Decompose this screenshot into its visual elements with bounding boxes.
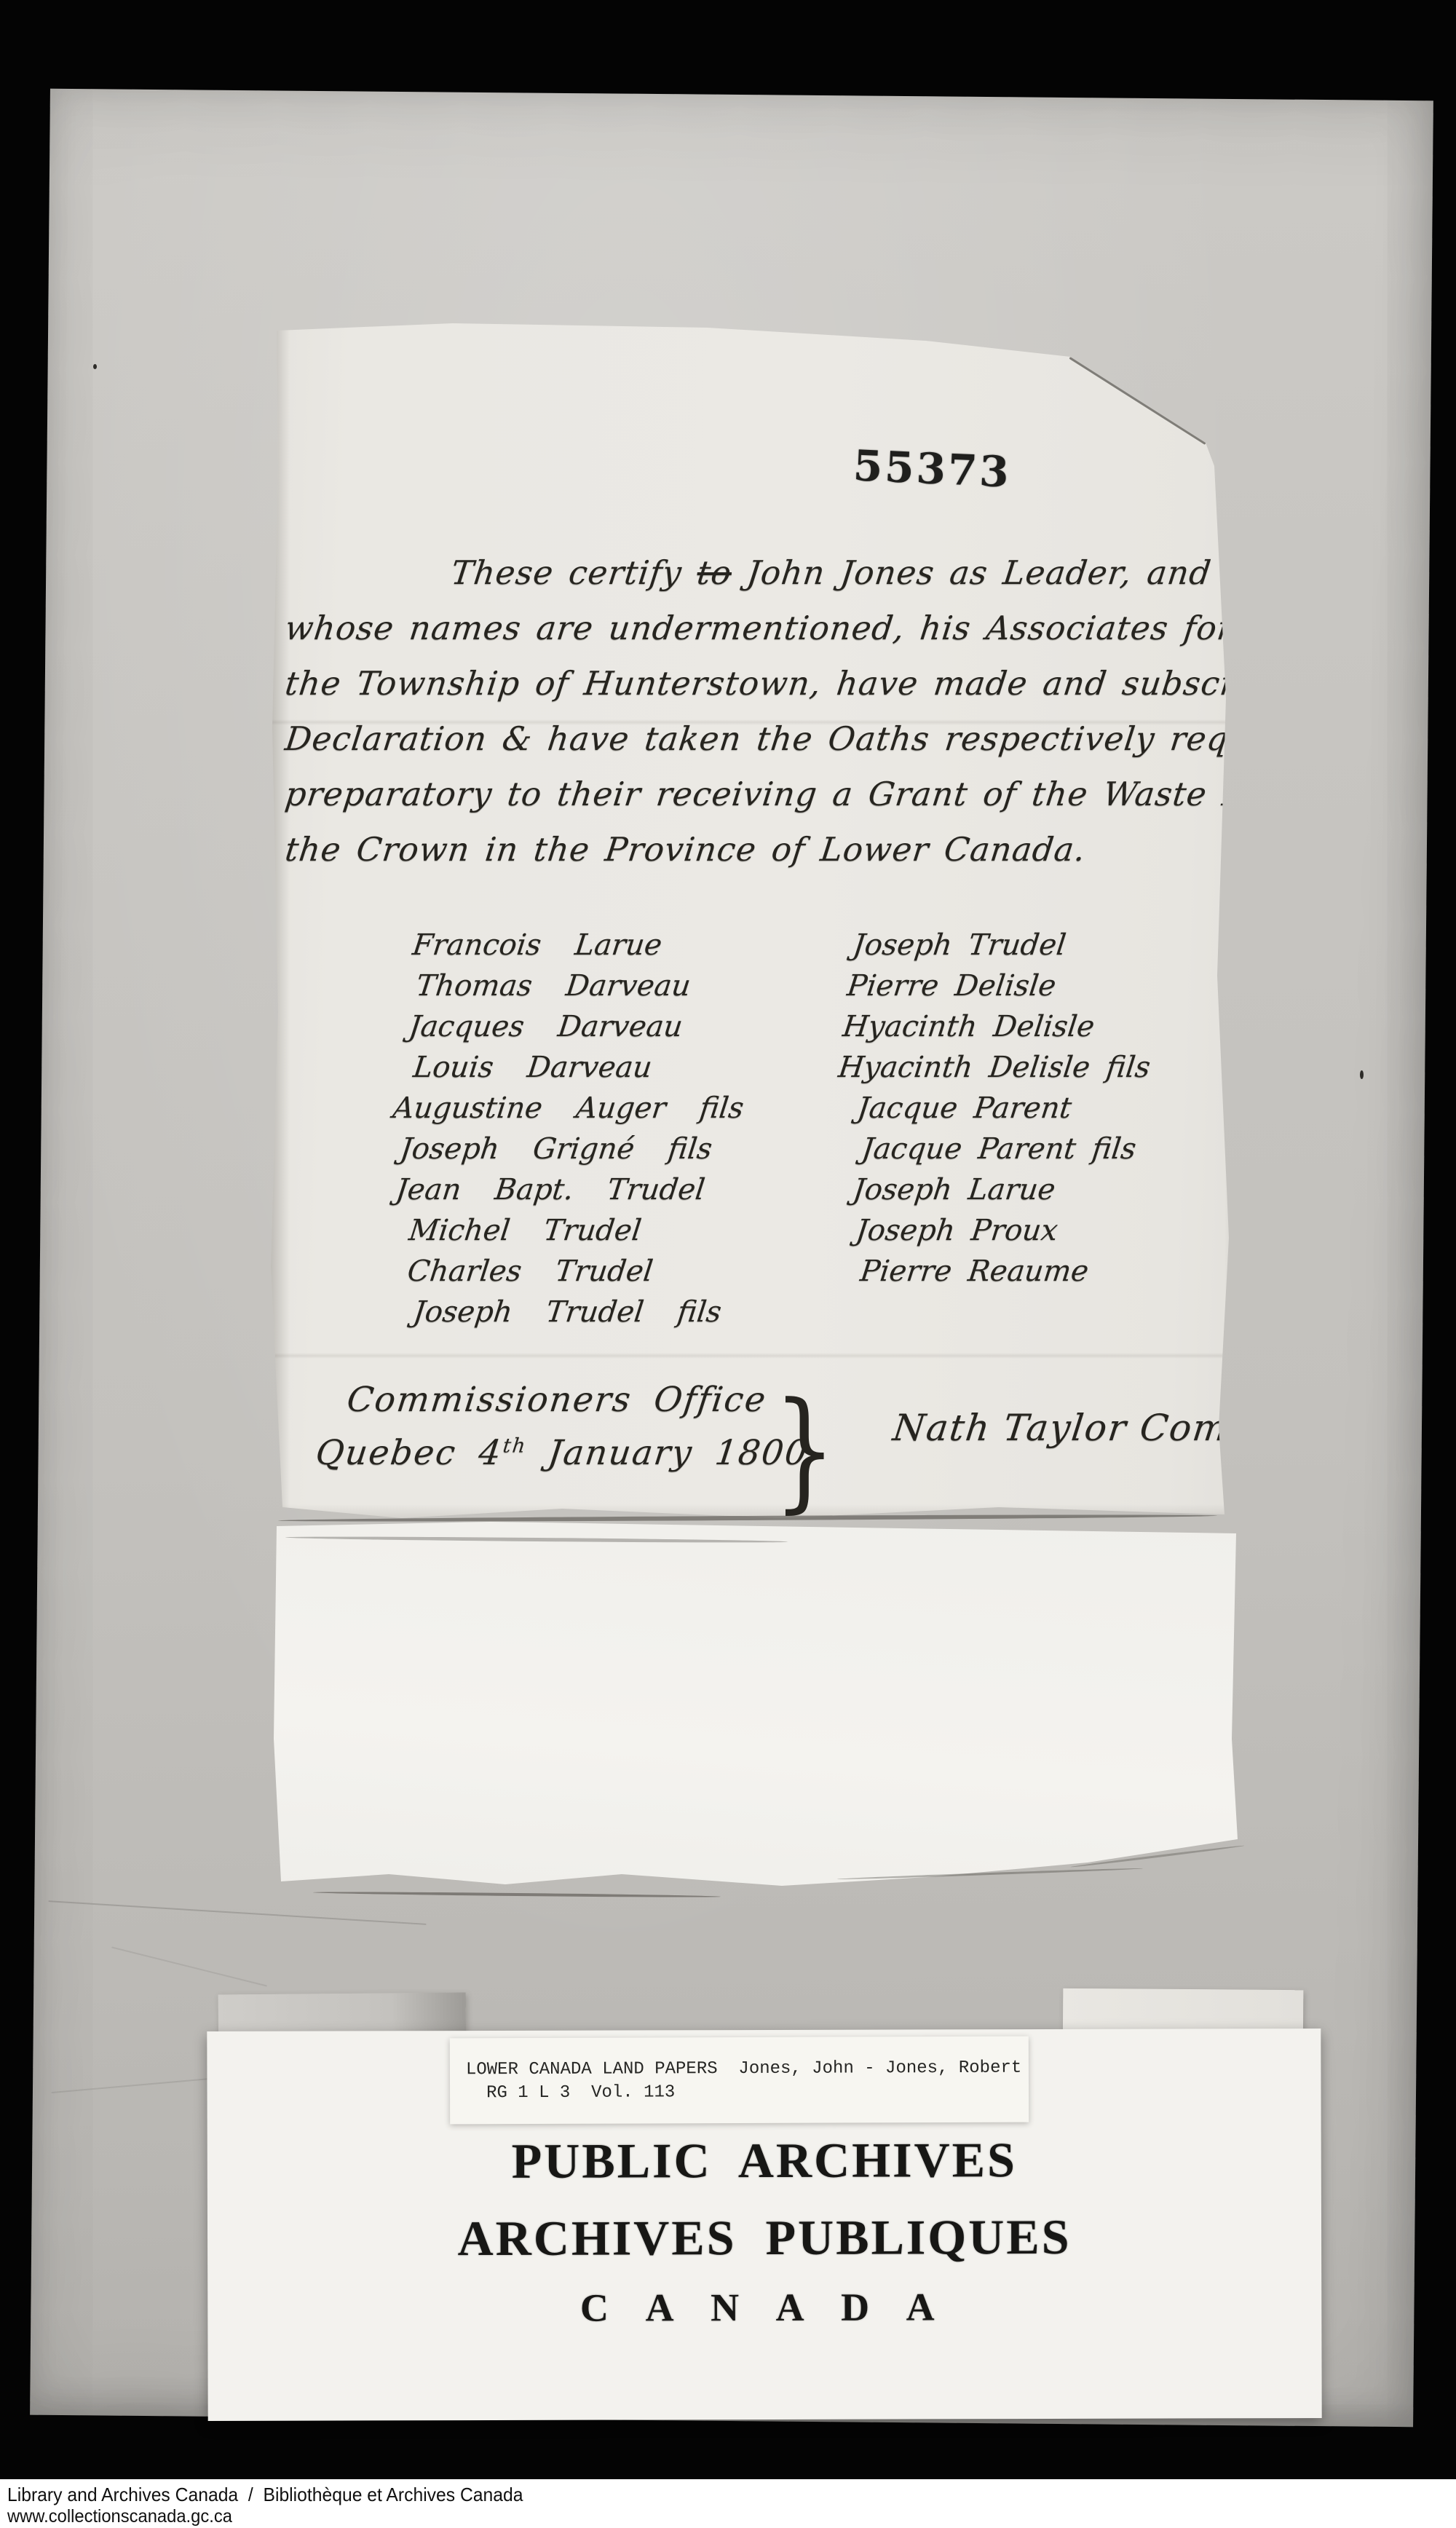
body-line: whose names are undermentioned, his Asso… (283, 609, 1383, 647)
name-entry: Hyacinth Delisle (841, 1006, 1097, 1047)
name-entry: Jacque Parent (855, 1088, 1075, 1129)
dust-speck (93, 364, 97, 369)
name-entry: Thomas Darveau (414, 965, 693, 1006)
certificate-page: 55373 These certify to John Jones as Lea… (271, 320, 1246, 1523)
folio-stamp-number: 55373 (852, 441, 1013, 497)
footer-strip: Library and Archives Canada / Bibliothèq… (0, 2479, 1456, 2528)
name-entry: Joseph Larue (851, 1169, 1058, 1210)
catalog-label: LOWER CANADA LAND PAPERS Jones, John - J… (450, 2037, 1029, 2125)
blank-sheet (272, 1520, 1241, 1899)
name-entry: Jacques Darveau (407, 1006, 685, 1047)
date-text: Quebec 4 (314, 1433, 505, 1473)
body-line: the Crown in the Province of Lower Canad… (283, 830, 1088, 869)
date-line: Quebec 4th January 1800 (314, 1433, 811, 1473)
stamp-line-french: ARCHIVES PUBLIQUES (207, 2208, 1321, 2268)
office-line: Commissioners Office (345, 1380, 769, 1420)
stamp-line-canada: C A N A D A (207, 2283, 1321, 2331)
name-entry: Hyacinth Delisle fils (836, 1047, 1153, 1088)
name-entry: Pierre Reaume (858, 1251, 1091, 1292)
page-edge-shadow (271, 320, 1246, 1523)
microfilm-document-scan: 55373 These certify to John Jones as Lea… (0, 0, 1456, 2528)
brace-glyph: } (773, 1375, 836, 1526)
footer-attribution: Library and Archives Canada / Bibliothèq… (7, 2484, 523, 2506)
name-entry: Augustine Auger fils (391, 1088, 746, 1129)
body-text: These certify (449, 553, 700, 592)
name-entry: Joseph Proux (854, 1210, 1061, 1251)
name-entry: Joseph Trudel fils (411, 1292, 724, 1332)
name-entry: Pierre Delisle (845, 965, 1059, 1006)
name-entry: Joseph Grigné fils (398, 1129, 715, 1169)
struck-word: to (695, 553, 735, 592)
name-entry: Charles Trudel (405, 1251, 656, 1292)
page-crease (271, 1353, 1246, 1359)
date-text: January 1800 (523, 1433, 811, 1473)
name-entry: Louis Darveau (411, 1047, 654, 1088)
name-entry: Joseph Trudel (851, 925, 1069, 965)
footer-url: www.collectionscanada.gc.ca (7, 2506, 232, 2527)
dust-speck (1360, 1070, 1364, 1079)
stamp-line-english: PUBLIC ARCHIVES (207, 2130, 1321, 2191)
name-entry: Michel Trudel (407, 1210, 644, 1251)
body-line: Declaration & have taken the Oaths respe… (283, 719, 1334, 758)
date-superscript: th (502, 1434, 528, 1457)
name-entry: Jean Bapt. Trudel (394, 1169, 708, 1210)
name-entry: Jacque Parent fils (860, 1129, 1139, 1169)
body-line: the Township of Hunterstown, have made a… (283, 664, 1385, 703)
body-line: preparatory to their receiving a Grant o… (283, 775, 1377, 813)
catalog-label-title: LOWER CANADA LAND PAPERS Jones, John - J… (466, 2058, 1021, 2080)
name-entry: Francois Larue (411, 925, 665, 965)
catalog-label-reference: RG 1 L 3 Vol. 113 (486, 2082, 675, 2103)
